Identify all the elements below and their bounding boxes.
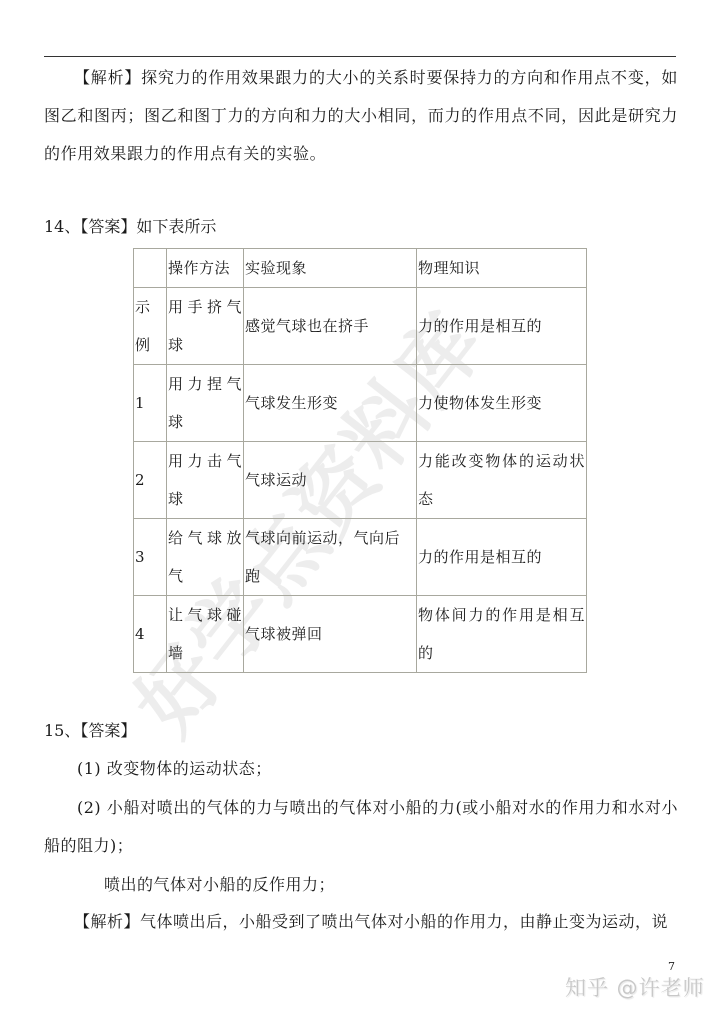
table-cell-method: 给气球放气 — [167, 519, 244, 596]
zhihu-watermark: 知乎 @许老师 — [565, 972, 705, 1002]
analysis-paragraph-top: 【解析】探究力的作用效果跟力的大小的关系时要保持力的方向和作用点不变，如图乙和图… — [44, 59, 678, 173]
table-cell-knowledge: 力的作用是相互的 — [417, 519, 587, 596]
table-row: 2 用力击气球 气球运动 力能改变物体的运动状态 — [134, 442, 587, 519]
analysis-text: 气体喷出后，小船受到了喷出气体对小船的作用力，由静止变为运动，说 — [140, 912, 668, 931]
table-header-cell: 实验现象 — [244, 249, 417, 288]
analysis-label: 【解析】 — [74, 912, 140, 931]
table-cell-phenomenon: 感觉气球也在挤手 — [244, 288, 417, 365]
question-number: 15、 — [44, 721, 80, 740]
answer-table: 操作方法 实验现象 物理知识 示例 用手挤气球 感觉气球也在挤手 力的作用是相互… — [133, 248, 587, 673]
table-header-cell: 操作方法 — [167, 249, 244, 288]
table-header-row: 操作方法 实验现象 物理知识 — [134, 249, 587, 288]
answer-item-1: (1) 改变物体的运动状态； — [77, 750, 272, 788]
answer-label: 【答案】 — [80, 217, 136, 236]
table-cell-method: 用手挤气球 — [167, 288, 244, 365]
answer-label: 【答案】 — [80, 721, 136, 740]
table-cell-index: 3 — [134, 519, 167, 596]
table-header-cell — [134, 249, 167, 288]
table-row: 4 让气球碰墙 气球被弹回 物体间力的作用是相互的 — [134, 596, 587, 673]
table-cell-index: 示例 — [134, 288, 167, 365]
table-cell-phenomenon: 气球向前运动，气向后跑 — [244, 519, 417, 596]
table-cell-index: 1 — [134, 365, 167, 442]
table-cell-index: 4 — [134, 596, 167, 673]
table-cell-phenomenon: 气球运动 — [244, 442, 417, 519]
table-cell-phenomenon: 气球被弹回 — [244, 596, 417, 673]
answer-item-2: (2) 小船对喷出的气体的力与喷出的气体对小船的力(或小船对水的作用力和水对小船… — [44, 789, 678, 865]
table-header-cell: 物理知识 — [417, 249, 587, 288]
analysis-label: 【解析】 — [74, 68, 141, 87]
table-cell-index: 2 — [134, 442, 167, 519]
question-number: 14、 — [44, 217, 80, 236]
analysis-paragraph-bottom: 【解析】气体喷出后，小船受到了喷出气体对小船的作用力，由静止变为运动，说 — [44, 903, 678, 941]
answer-item-3: 喷出的气体对小船的反作用力； — [104, 866, 335, 904]
table-cell-knowledge: 物体间力的作用是相互的 — [417, 596, 587, 673]
table-row: 3 给气球放气 气球向前运动，气向后跑 力的作用是相互的 — [134, 519, 587, 596]
table-cell-knowledge: 力能改变物体的运动状态 — [417, 442, 587, 519]
header-rule — [44, 56, 676, 57]
question-15-heading: 15、【答案】 — [44, 716, 136, 746]
table-cell-method: 用力捏气球 — [167, 365, 244, 442]
answer-text: 如下表所示 — [136, 217, 216, 236]
table-row: 1 用力捏气球 气球发生形变 力使物体发生形变 — [134, 365, 587, 442]
question-14-heading: 14、【答案】如下表所示 — [44, 212, 216, 242]
table-cell-phenomenon: 气球发生形变 — [244, 365, 417, 442]
table-cell-knowledge: 力的作用是相互的 — [417, 288, 587, 365]
table-row: 示例 用手挤气球 感觉气球也在挤手 力的作用是相互的 — [134, 288, 587, 365]
table-cell-method: 用力击气球 — [167, 442, 244, 519]
table-cell-method: 让气球碰墙 — [167, 596, 244, 673]
table-cell-knowledge: 力使物体发生形变 — [417, 365, 587, 442]
